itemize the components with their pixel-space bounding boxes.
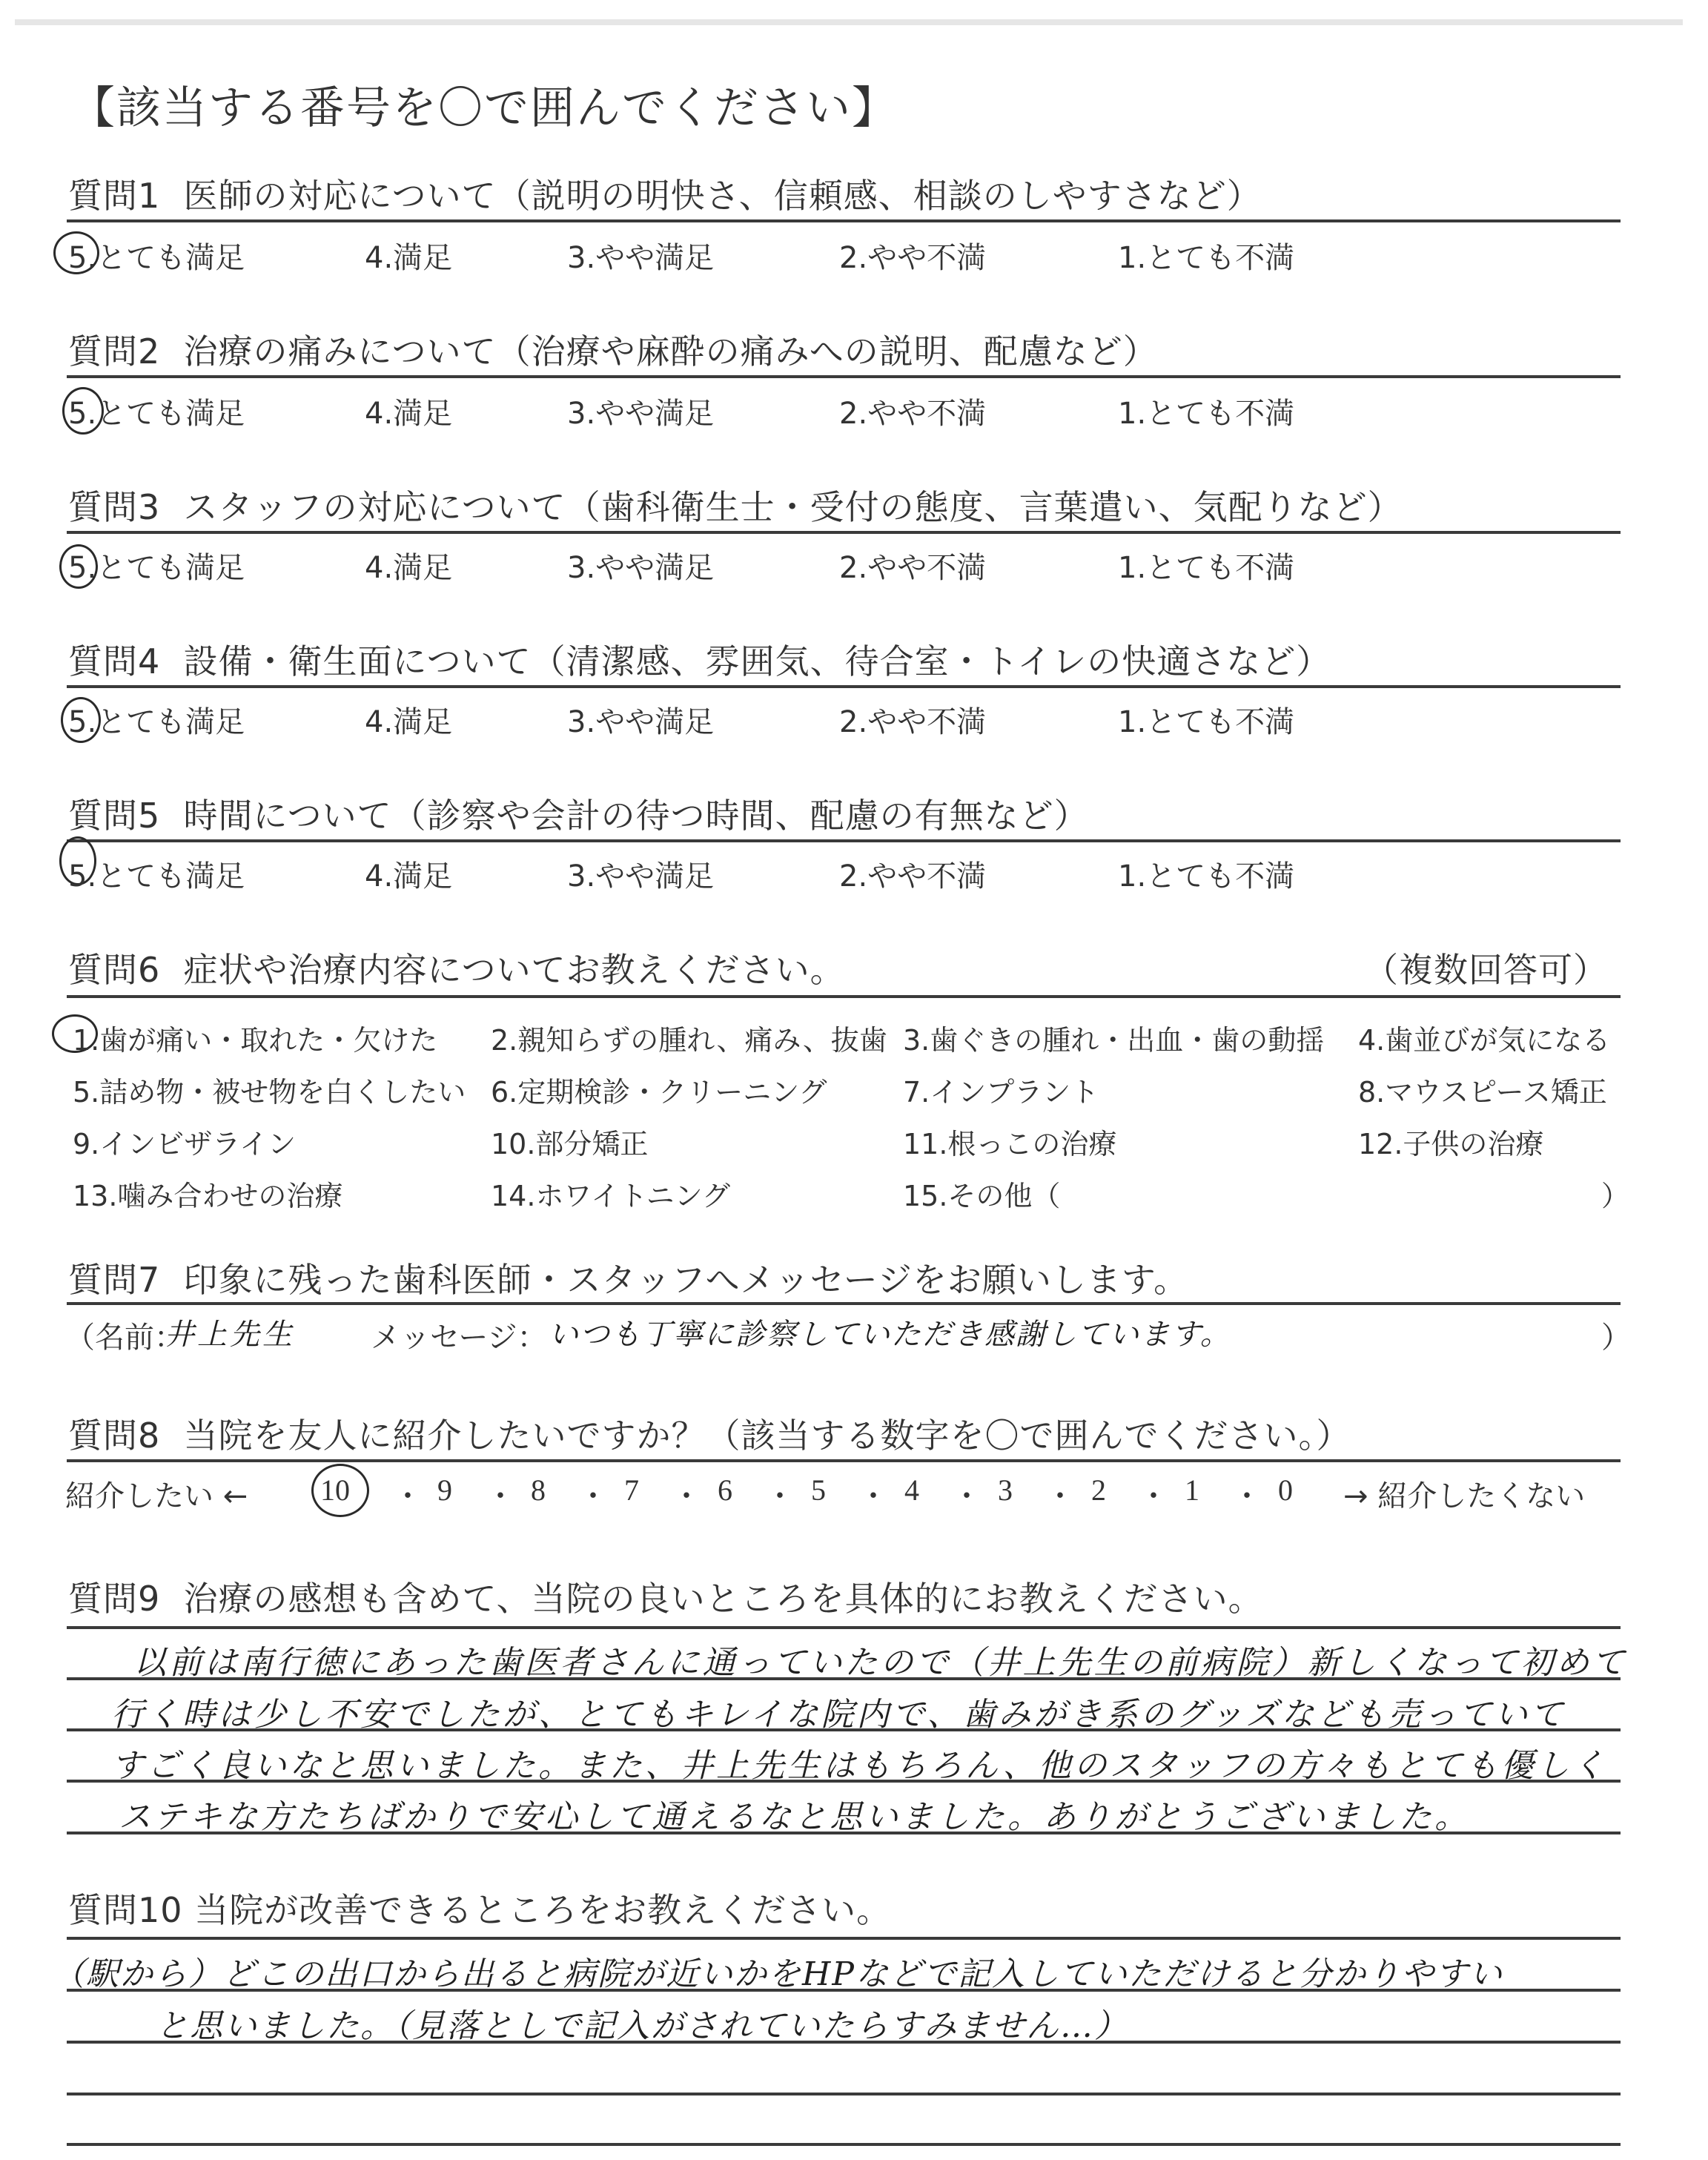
q1-text: 医師の対応について（説明の明快さ、信頼感、相談のしやすさなど） bbox=[184, 176, 1262, 216]
q8-label: 質問8 bbox=[68, 1416, 160, 1456]
q8-scale-5[interactable]: 5 bbox=[811, 1473, 826, 1507]
q9-rule bbox=[67, 1626, 1621, 1629]
q1-option-3[interactable]: 3.やや満足 bbox=[567, 234, 714, 277]
q2-label: 質問2 bbox=[68, 331, 160, 371]
q2-header: 質問2 治療の痛みについて（治療や麻酔の痛みへの説明、配慮など） bbox=[68, 325, 1158, 374]
q8-scale-9[interactable]: 9 bbox=[437, 1473, 452, 1507]
q2-option-3[interactable]: 3.やや満足 bbox=[567, 390, 714, 432]
q8-scale-6[interactable]: 6 bbox=[718, 1473, 732, 1507]
q8-sep: ・ bbox=[393, 1473, 423, 1515]
q7-name-value[interactable]: 井上先生 bbox=[165, 1311, 295, 1353]
q6-label: 質問6 bbox=[68, 950, 160, 990]
q9-text: 治療の感想も含めて、当院の良いところを具体的にお教えください。 bbox=[184, 1579, 1263, 1619]
q9-answer-line-4[interactable]: ステキな方たちばかりで安心して通えるなと思いました。ありがとうございました。 bbox=[119, 1790, 1470, 1837]
q3-header: 質問3 スタッフの対応について（歯科衛生士・受付の態度、言葉遣い、気配りなど） bbox=[68, 480, 1403, 529]
q3-label: 質問3 bbox=[68, 487, 160, 527]
q6-option-15[interactable]: 15.その他（ bbox=[903, 1173, 1060, 1214]
q6-option-1[interactable]: 1.歯が痛い・取れた・欠けた bbox=[73, 1017, 437, 1058]
q8-scale-2[interactable]: 2 bbox=[1091, 1473, 1106, 1507]
q8-sep: ・ bbox=[858, 1473, 888, 1515]
q5-option-2[interactable]: 2.やや不満 bbox=[839, 853, 986, 895]
q4-option-3[interactable]: 3.やや満足 bbox=[567, 698, 714, 741]
q2-text: 治療の痛みについて（治療や麻酔の痛みへの説明、配慮など） bbox=[184, 331, 1158, 371]
q3-option-4[interactable]: 4.満足 bbox=[365, 544, 452, 587]
q8-header: 質問8 当院を友人に紹介したいですか？（該当する数字を〇で囲んでください。） bbox=[68, 1409, 1351, 1458]
q1-option-4[interactable]: 4.満足 bbox=[365, 234, 452, 277]
q6-header: 質問6 症状や治療内容についてお教えください。 bbox=[68, 943, 845, 992]
q8-rule bbox=[67, 1459, 1621, 1462]
q7-label: 質問7 bbox=[68, 1260, 160, 1300]
q3-option-1[interactable]: 1.とても不満 bbox=[1118, 544, 1294, 587]
q7-header: 質問7 印象に残った歯科医師・スタッフへメッセージをお願いします。 bbox=[68, 1253, 1188, 1302]
q3-rule bbox=[67, 531, 1621, 534]
q4-option-4[interactable]: 4.満足 bbox=[365, 698, 452, 741]
q6-option-6[interactable]: 6.定期検診・クリーニング bbox=[491, 1069, 827, 1110]
q10-label: 質問10 bbox=[68, 1890, 183, 1930]
q8-sep: ・ bbox=[1139, 1473, 1168, 1515]
q10-answer-rule bbox=[67, 1989, 1621, 1992]
q8-scale-8[interactable]: 8 bbox=[531, 1473, 546, 1507]
q6-option-14[interactable]: 14.ホワイトニング bbox=[491, 1173, 730, 1214]
q8-sep: ・ bbox=[765, 1473, 795, 1515]
q8-sep: ・ bbox=[952, 1473, 982, 1515]
q8-scale-10[interactable]: 10 bbox=[320, 1473, 350, 1507]
q1-rule bbox=[67, 219, 1621, 222]
q8-scale-7[interactable]: 7 bbox=[624, 1473, 639, 1507]
q5-option-4[interactable]: 4.満足 bbox=[365, 853, 452, 895]
q10-header: 質問10 当院が改善できるところをお教えください。 bbox=[68, 1883, 891, 1932]
q5-option-1[interactable]: 1.とても不満 bbox=[1118, 853, 1294, 895]
q10-answer-rule bbox=[67, 2143, 1621, 2146]
q8-scale-1[interactable]: 1 bbox=[1185, 1473, 1199, 1507]
q1-option-1[interactable]: 1.とても不満 bbox=[1118, 234, 1294, 277]
q6-rule bbox=[67, 995, 1621, 998]
q8-text: 当院を友人に紹介したいですか？（該当する数字を〇で囲んでください。） bbox=[184, 1416, 1351, 1456]
q3-text: スタッフの対応について（歯科衛生士・受付の態度、言葉遣い、気配りなど） bbox=[184, 487, 1403, 527]
q10-answer-rule bbox=[67, 2041, 1621, 2044]
q10-answer-rule bbox=[67, 2093, 1621, 2095]
q4-header: 質問4 設備・衛生面について（清潔感、雰囲気、待合室・トイレの快適さなど） bbox=[68, 635, 1331, 684]
q5-option-3[interactable]: 3.やや満足 bbox=[567, 853, 714, 895]
q5-text: 時間について（診察や会計の待つ時間、配慮の有無など） bbox=[184, 796, 1089, 836]
q9-answer-rule bbox=[67, 1832, 1621, 1834]
q8-scale-0[interactable]: 0 bbox=[1278, 1473, 1293, 1507]
q9-label: 質問9 bbox=[68, 1579, 160, 1619]
q2-option-5[interactable]: 5.とても満足 bbox=[68, 390, 245, 432]
q6-option-12[interactable]: 12.子供の治療 bbox=[1358, 1121, 1543, 1162]
q3-option-2[interactable]: 2.やや不満 bbox=[839, 544, 986, 587]
q6-option-3[interactable]: 3.歯ぐきの腫れ・出血・歯の動揺 bbox=[903, 1017, 1324, 1058]
q10-answer-line-1[interactable]: （駅から）どこの出口から出ると病院が近いかをHPなどで記入していただけると分かり… bbox=[52, 1947, 1503, 1995]
q10-rule bbox=[67, 1937, 1621, 1940]
q6-option-5[interactable]: 5.詰め物・被せ物を白くしたい bbox=[73, 1069, 466, 1110]
q8-sep: ・ bbox=[1045, 1473, 1075, 1515]
q5-option-5[interactable]: 5.とても満足 bbox=[68, 853, 245, 895]
q6-option-8[interactable]: 8.マウスピース矯正 bbox=[1358, 1069, 1607, 1110]
q7-rule bbox=[67, 1302, 1621, 1305]
q9-answer-rule bbox=[67, 1780, 1621, 1783]
scan-top-edge bbox=[15, 19, 1683, 25]
q6-option-9[interactable]: 9.インビザライン bbox=[73, 1121, 296, 1162]
q6-multi-answer-note: （複数回答可） bbox=[1364, 943, 1608, 992]
q4-text: 設備・衛生面について（清潔感、雰囲気、待合室・トイレの快適さなど） bbox=[184, 641, 1331, 681]
q3-option-3[interactable]: 3.やや満足 bbox=[567, 544, 714, 587]
q8-sep: ・ bbox=[672, 1473, 701, 1515]
q1-label: 質問1 bbox=[68, 176, 160, 216]
q6-text: 症状や治療内容についてお教えください。 bbox=[184, 950, 845, 990]
q4-option-5[interactable]: 5.とても満足 bbox=[68, 698, 245, 741]
q9-answer-rule bbox=[67, 1677, 1621, 1680]
q4-label: 質問4 bbox=[68, 641, 160, 681]
q1-option-5[interactable]: 5.とても満足 bbox=[68, 234, 245, 277]
q7-close-paren: ） bbox=[1601, 1314, 1631, 1356]
q3-option-5[interactable]: 5.とても満足 bbox=[68, 544, 245, 587]
q8-sep: ・ bbox=[578, 1473, 608, 1515]
q9-answer-rule bbox=[67, 1728, 1621, 1731]
q2-option-4[interactable]: 4.満足 bbox=[365, 390, 452, 432]
q4-rule bbox=[67, 685, 1621, 688]
q8-sep: ・ bbox=[1232, 1473, 1262, 1515]
q8-sep: ・ bbox=[486, 1473, 515, 1515]
q7-text: 印象に残った歯科医師・スタッフへメッセージをお願いします。 bbox=[184, 1260, 1189, 1300]
q8-scale-4[interactable]: 4 bbox=[904, 1473, 919, 1507]
q6-option-10[interactable]: 10.部分矯正 bbox=[491, 1121, 648, 1162]
q5-header: 質問5 時間について（診察や会計の待つ時間、配慮の有無など） bbox=[68, 789, 1089, 838]
q6-option-13[interactable]: 13.噛み合わせの治療 bbox=[73, 1173, 342, 1214]
q6-option-11[interactable]: 11.根っこの治療 bbox=[903, 1121, 1116, 1162]
q6-option-2[interactable]: 2.親知らずの腫れ、痛み、抜歯 bbox=[491, 1017, 887, 1058]
q4-option-2[interactable]: 2.やや不満 bbox=[839, 698, 986, 741]
q9-header: 質問9 治療の感想も含めて、当院の良いところを具体的にお教えください。 bbox=[68, 1572, 1263, 1621]
q6-option-7[interactable]: 7.インプラント bbox=[903, 1069, 1099, 1110]
q8-right-label: → 紹介したくない bbox=[1343, 1473, 1585, 1515]
q2-option-1[interactable]: 1.とても不満 bbox=[1118, 390, 1294, 432]
q7-message-label: メッセージ： bbox=[371, 1314, 547, 1356]
q2-option-2[interactable]: 2.やや不満 bbox=[839, 390, 986, 432]
q8-scale-3[interactable]: 3 bbox=[998, 1473, 1013, 1507]
page-title: 【該当する番号を〇で囲んでください】 bbox=[70, 73, 898, 136]
q10-text: 当院が改善できるところをお教えください。 bbox=[194, 1890, 891, 1930]
q9-answer-line-1[interactable]: 以前は南行徳にあった歯医者さんに通っていたので（井上先生の前病院）新しくなって初… bbox=[133, 1636, 1628, 1683]
q6-other-close-paren: ） bbox=[1601, 1173, 1629, 1214]
q2-rule bbox=[67, 375, 1621, 378]
q1-header: 質問1 医師の対応について（説明の明快さ、信頼感、相談のしやすさなど） bbox=[68, 169, 1262, 218]
q4-option-1[interactable]: 1.とても不満 bbox=[1118, 698, 1294, 741]
q10-answer-line-2[interactable]: と思いました。（見落としで記入がされていたらすみません…） bbox=[156, 1999, 1128, 2047]
q5-rule bbox=[67, 839, 1621, 842]
q6-option-4[interactable]: 4.歯並びが気になる bbox=[1358, 1017, 1610, 1058]
q8-left-label: 紹介したい ← bbox=[65, 1473, 248, 1515]
q7-message-value[interactable]: いつも丁寧に診察していただき感謝しています。 bbox=[549, 1311, 1231, 1353]
q1-option-2[interactable]: 2.やや不満 bbox=[839, 234, 986, 277]
q5-label: 質問5 bbox=[68, 796, 160, 836]
